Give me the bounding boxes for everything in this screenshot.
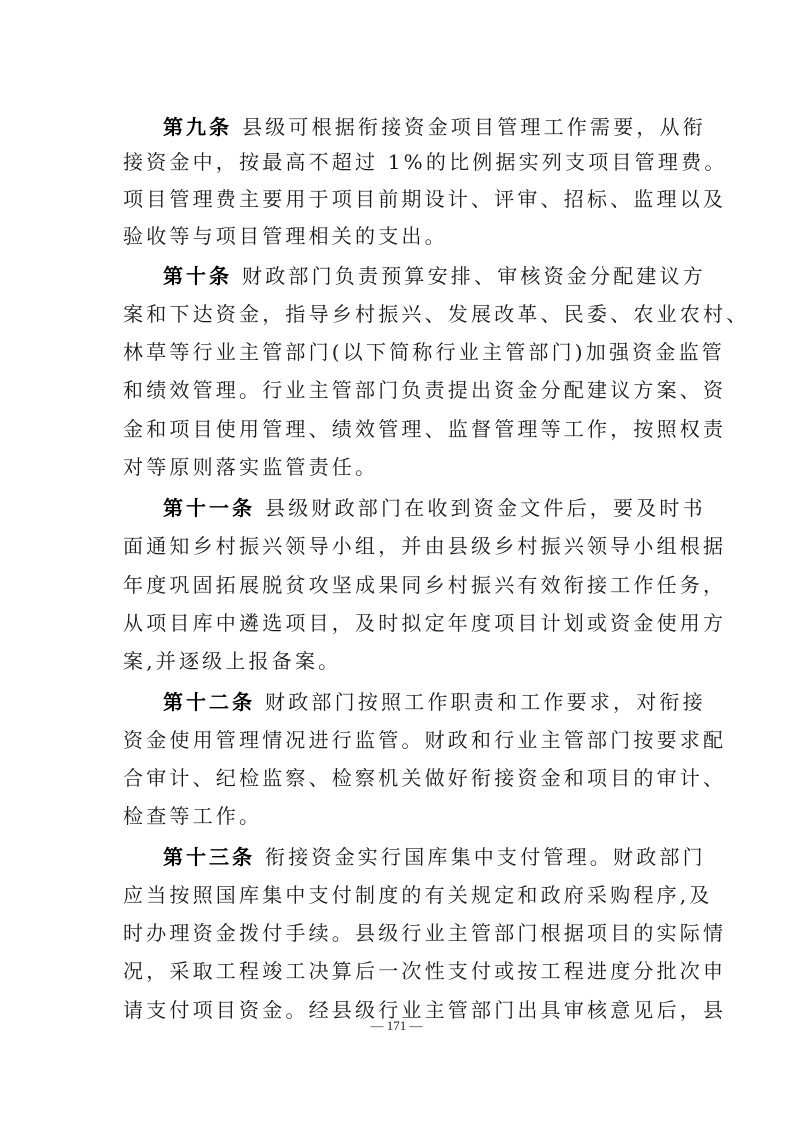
article-10-line-6: 对等原则落实监管责任。 xyxy=(123,452,699,482)
article-12-line-2: 资金使用管理情况进行监管。财政和行业主管部门按要求配 xyxy=(123,725,699,755)
article-9-line-3: 项目管理费主要用于项目前期设计、评审、招标、监理以及 xyxy=(123,184,699,214)
article-11-line-1: 第十一条县级财政部门在收到资金文件后，要及时书 xyxy=(163,493,699,523)
article-heading: 第十一条 xyxy=(163,496,255,520)
page-number: — 171 — xyxy=(0,1018,793,1034)
article-9-line-1: 第九条县级可根据衔接资金项目管理工作需要，从衔 xyxy=(163,112,699,142)
article-heading: 第十条 xyxy=(163,264,232,288)
article-11-line-2: 面通知乡村振兴领导小组，并由县级乡村振兴领导小组根据 xyxy=(123,531,699,561)
article-heading: 第十三条 xyxy=(163,845,255,869)
article-13-line-4: 况，采取工程竣工决算后一次性支付或按工程进度分批次申 xyxy=(123,956,699,986)
article-heading: 第十二条 xyxy=(163,690,255,714)
article-11-line-3: 年度巩固拓展脱贫攻坚成果同乡村振兴有效衔接工作任务， xyxy=(123,570,699,600)
article-9-line-4: 验收等与项目管理相关的支出。 xyxy=(123,221,699,251)
article-10-line-1: 第十条财政部门负责预算安排、审核资金分配建议方 xyxy=(163,261,699,291)
article-13-line-3: 时办理资金拨付手续。县级行业主管部门根据项目的实际情 xyxy=(123,918,699,948)
article-9-line-2: 接资金中，按最高不超过 1%的比例据实列支项目管理费。 xyxy=(123,147,699,177)
article-12-line-3: 合审计、纪检监察、检察机关做好衔接资金和项目的审计、 xyxy=(123,763,699,793)
article-13-line-1: 第十三条衔接资金实行国库集中支付管理。财政部门 xyxy=(163,842,699,872)
article-10-line-3: 林草等行业主管部门(以下简称行业主管部门)加强资金监管 xyxy=(123,337,699,367)
article-10-line-5: 金和项目使用管理、绩效管理、监督管理等工作，按照权责 xyxy=(123,414,699,444)
article-12-line-1: 第十二条财政部门按照工作职责和工作要求，对衔接 xyxy=(163,687,699,717)
article-11-line-4: 从项目库中遴选项目，及时拟定年度项目计划或资金使用方 xyxy=(123,608,699,638)
article-13-line-2: 应当按照国库集中支付制度的有关规定和政府采购程序,及 xyxy=(123,880,699,910)
article-heading: 第九条 xyxy=(163,115,232,139)
article-12-line-4: 检查等工作。 xyxy=(123,801,699,831)
document-page: 第九条县级可根据衔接资金项目管理工作需要，从衔 接资金中，按最高不超过 1%的比… xyxy=(0,0,793,1122)
article-11-line-5: 案,并逐级上报备案。 xyxy=(123,646,699,676)
article-10-line-2: 案和下达资金，指导乡村振兴、发展改革、民委、农业农村、 xyxy=(123,299,699,329)
article-10-line-4: 和绩效管理。行业主管部门负责提出资金分配建议方案、资 xyxy=(123,375,699,405)
